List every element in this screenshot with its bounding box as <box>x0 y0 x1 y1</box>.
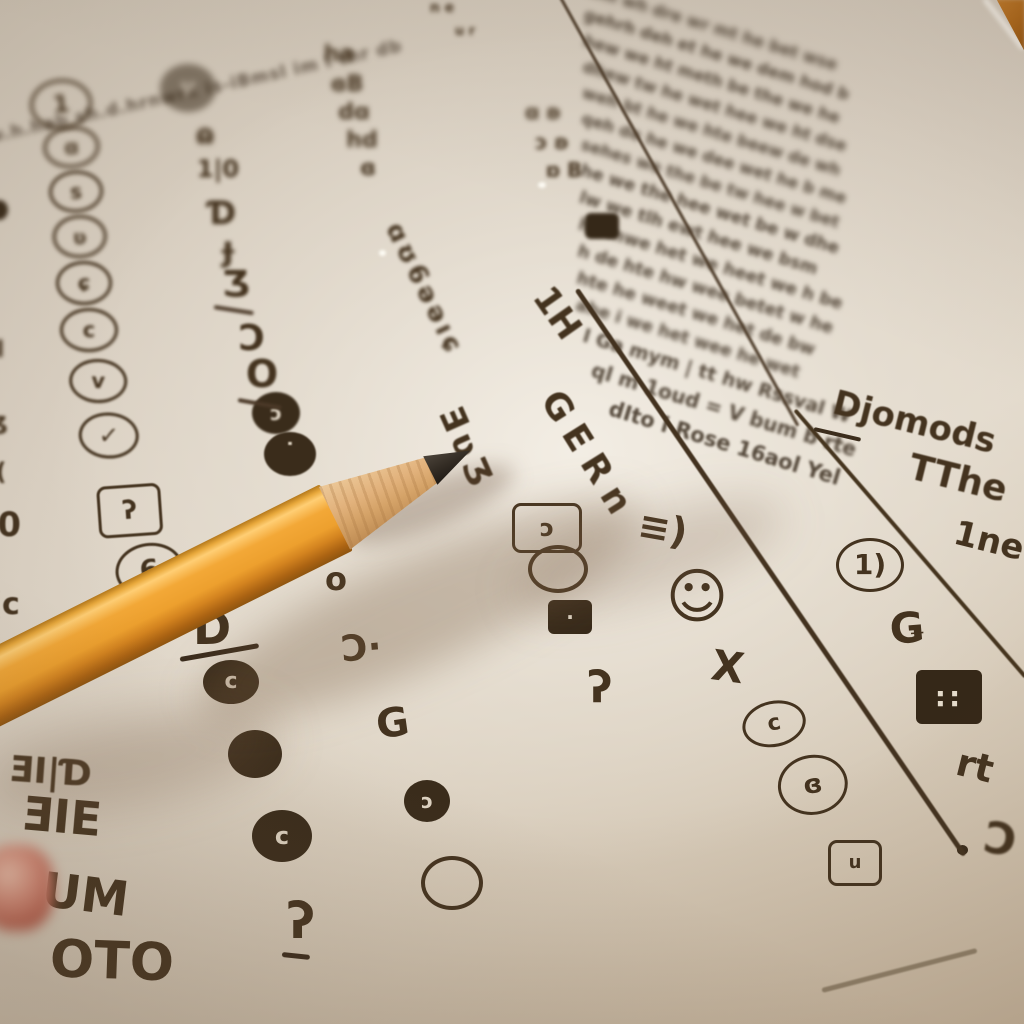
hand-drawn-symbol: v <box>160 64 216 112</box>
hand-drawn-symbol: ɔ <box>252 392 300 434</box>
hand-drawn-symbol: X <box>700 642 756 693</box>
hand-drawn-symbol <box>421 856 483 910</box>
hand-drawn-symbol: c <box>60 308 118 352</box>
hand-drawn-symbol: ɔ ʚ <box>526 130 578 154</box>
hand-drawn-symbol: |0 <box>0 505 18 545</box>
hand-drawn-symbol: 1) <box>836 538 904 592</box>
hand-drawn-symbol: u r <box>448 24 482 38</box>
hand-drawn-symbol: ≡) <box>631 503 695 554</box>
hand-drawn-symbol: ɕ <box>56 261 112 305</box>
hand-drawn-symbol: ʒ <box>0 408 8 434</box>
paper-glint <box>538 182 546 188</box>
hand-drawn-symbol: G <box>366 699 419 747</box>
hand-drawn-symbol: u <box>828 840 882 886</box>
hand-drawn-symbol: ɞ <box>350 156 386 182</box>
photo-worksheet-with-pencil: { "scene_colors": { "paper_light": "#e9e… <box>0 0 1024 1024</box>
hand-drawn-symbol <box>585 213 619 239</box>
hand-drawn-symbol: c <box>203 660 259 704</box>
hand-drawn-symbol: I <box>0 336 8 362</box>
hand-drawn-symbol: ʔ <box>96 483 163 539</box>
hand-drawn-symbol: Ʒ <box>216 266 256 304</box>
hand-drawn-symbol: n e <box>420 0 464 16</box>
hand-drawn-symbol: ha <box>318 42 360 68</box>
hand-drawn-symbol: ɒ B <box>543 158 585 182</box>
hand-drawn-symbol: ɞB <box>326 72 368 98</box>
hand-drawn-symbol: ☺ <box>664 566 730 628</box>
hand-drawn-symbol: c <box>252 810 312 862</box>
hand-drawn-symbol: Ɗ <box>202 196 242 230</box>
hand-drawn-symbol: Ɔ <box>975 812 1024 869</box>
hand-drawn-symbol <box>228 730 282 778</box>
paper-glint <box>379 250 386 256</box>
hand-drawn-symbol: dɑ <box>334 100 374 126</box>
hand-drawn-symbol: ˙ <box>264 432 316 476</box>
hand-drawn-symbol: :: <box>916 670 982 724</box>
hand-drawn-symbol: OTO <box>42 930 182 993</box>
hand-drawn-symbol: ( <box>0 460 8 484</box>
hand-drawn-symbol: ɟ <box>210 231 246 267</box>
hand-drawn-symbol: hd <box>342 128 382 154</box>
pink-eraser-blur <box>0 845 54 931</box>
hand-drawn-symbol: (c <box>0 585 18 625</box>
hand-drawn-symbol: ʔ <box>278 894 324 948</box>
hand-drawn-symbol: · <box>548 600 592 634</box>
hand-drawn-symbol <box>528 545 588 593</box>
hand-drawn-symbol: ɔ <box>404 780 450 822</box>
hand-drawn-symbol: 1|0 <box>196 154 240 184</box>
hand-drawn-symbol: Ǥ <box>878 603 936 654</box>
hand-drawn-symbol: ɷ <box>186 120 224 150</box>
hand-drawn-symbol: Ɔ· <box>336 628 387 670</box>
hand-drawn-symbol: O <box>240 354 284 394</box>
hand-drawn-symbol: ʔ <box>580 664 620 712</box>
hand-drawn-symbol: ƎIE <box>6 788 118 845</box>
hand-drawn-symbol: ɑ ʚ <box>517 100 569 124</box>
